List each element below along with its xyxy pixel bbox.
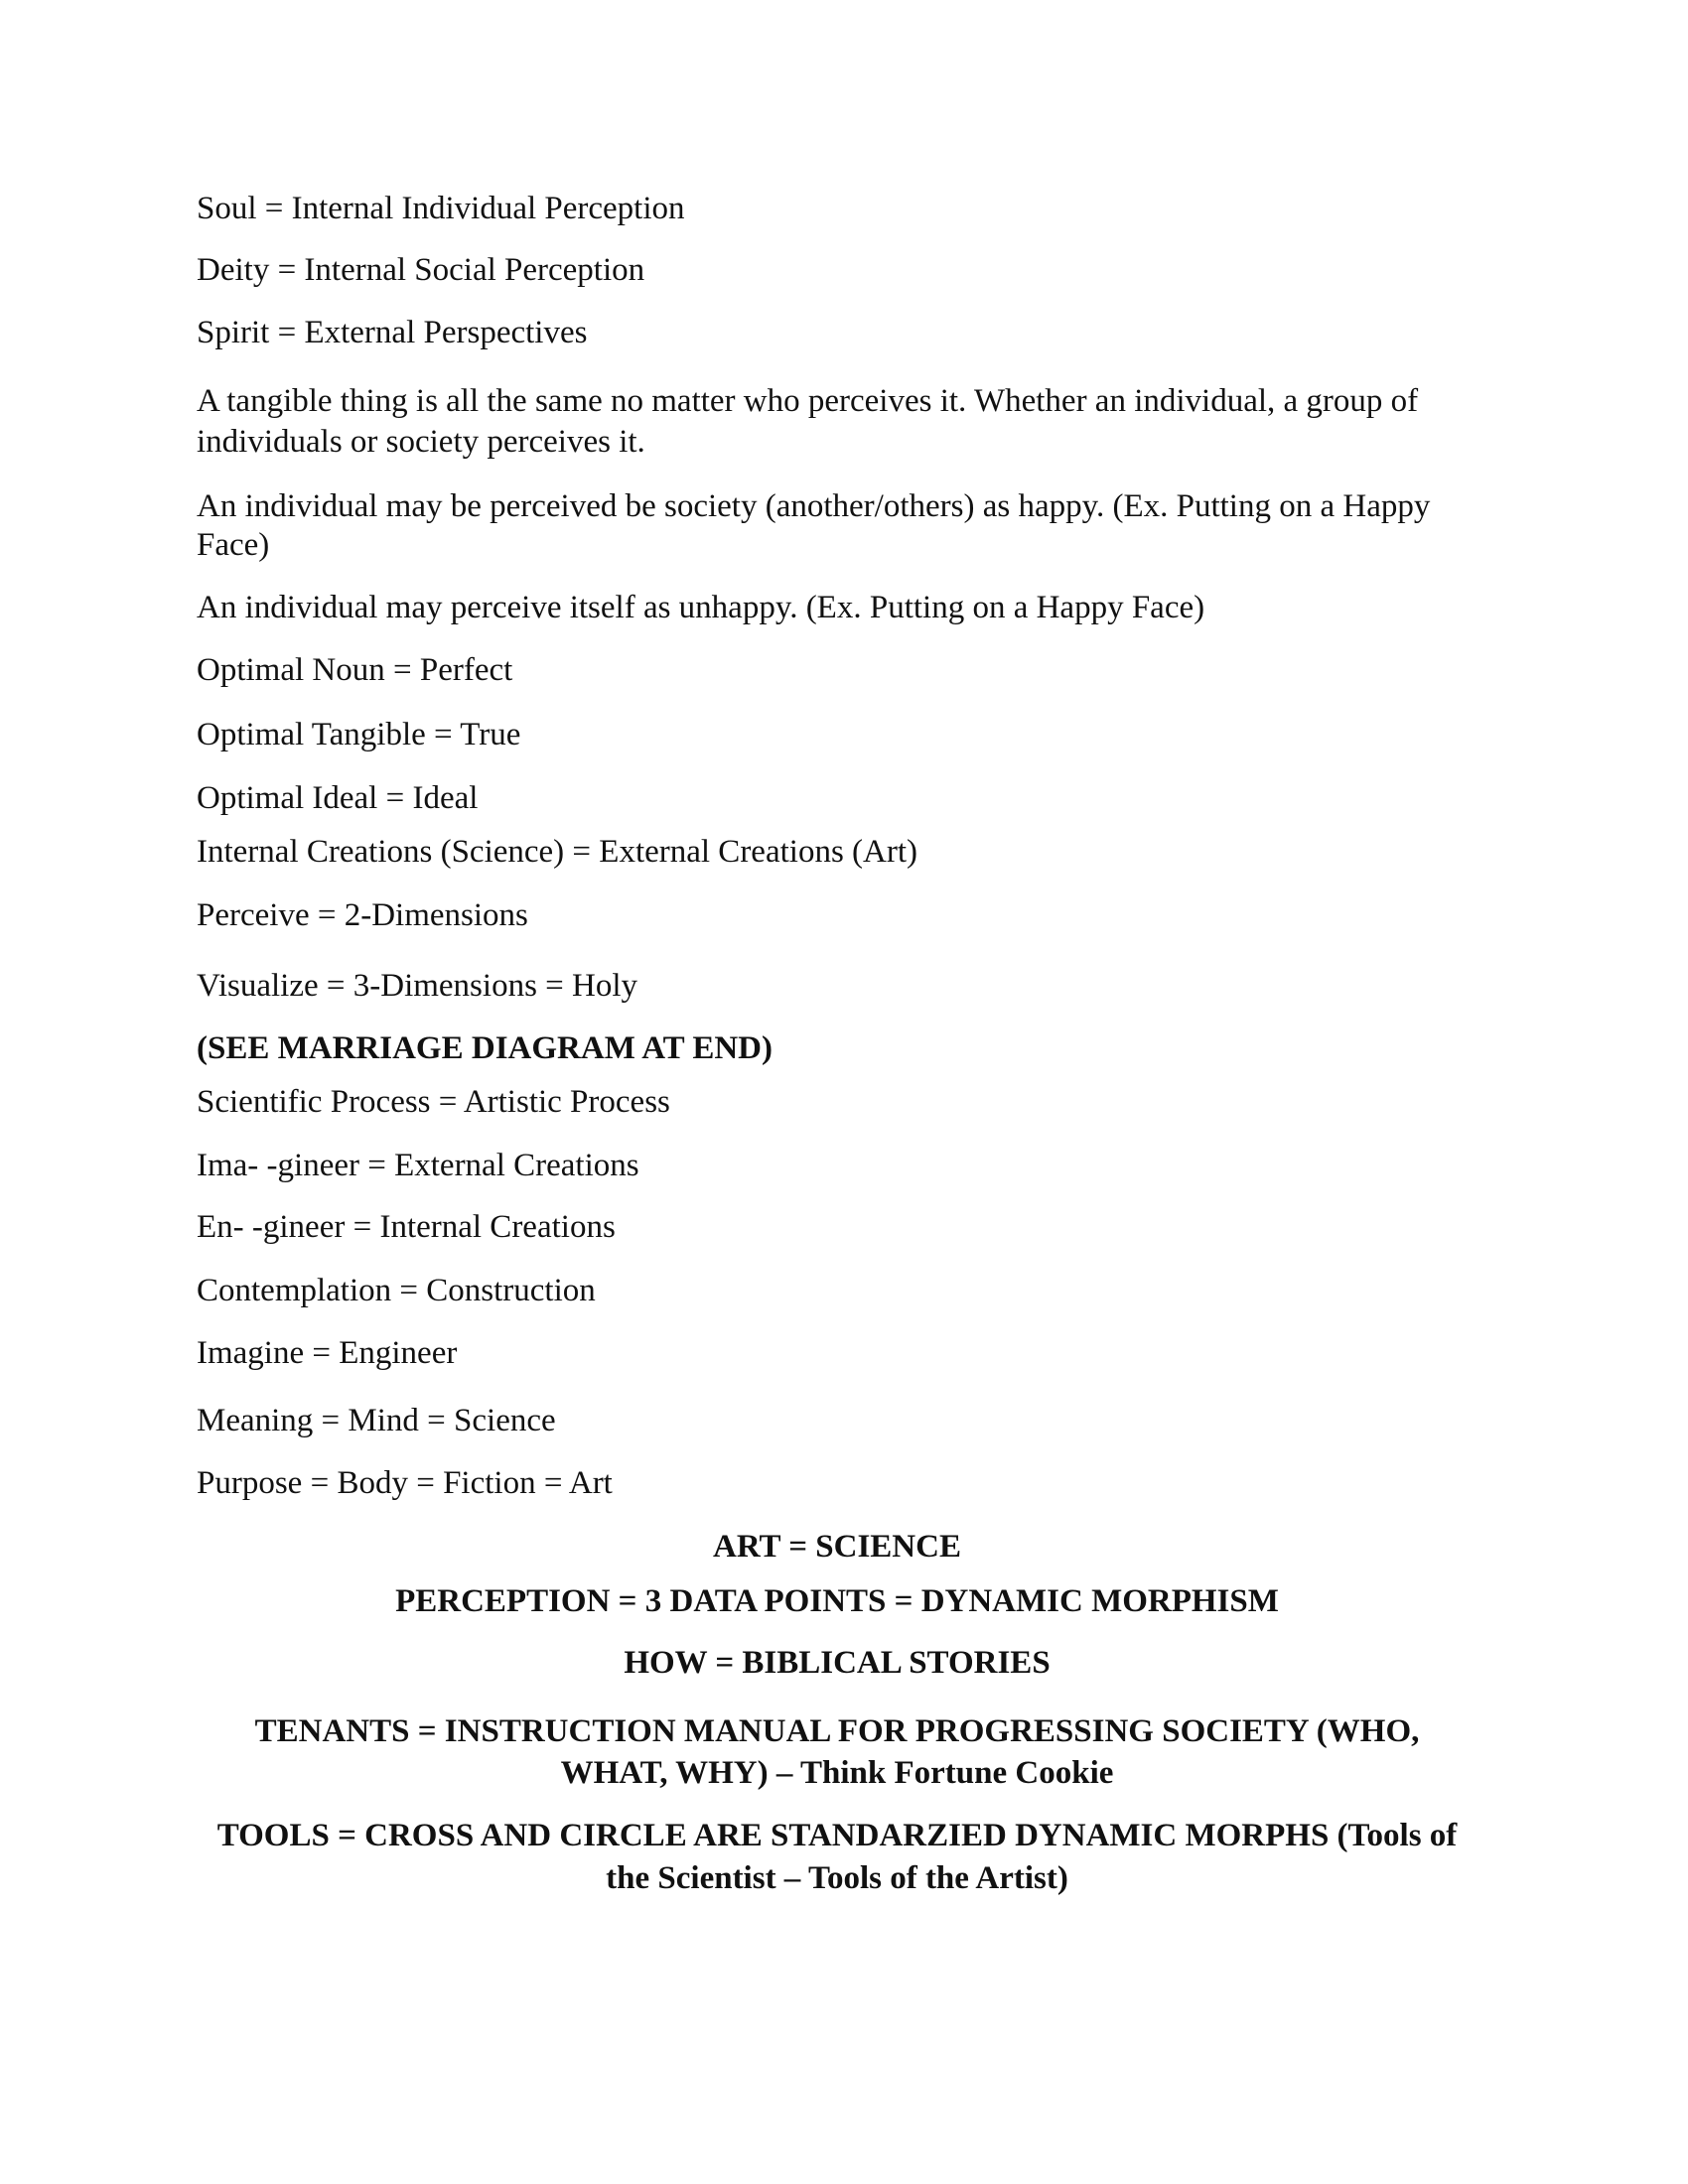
- definition-purpose: Purpose = Body = Fiction = Art: [197, 1463, 613, 1503]
- heading-tenants-line-2: WHAT, WHY) – Think Fortune Cookie: [0, 1752, 1674, 1794]
- heading-tenants-line-1: TENANTS = INSTRUCTION MANUAL FOR PROGRES…: [0, 1710, 1674, 1752]
- definition-soul: Soul = Internal Individual Perception: [197, 189, 685, 228]
- definition-optimal-noun: Optimal Noun = Perfect: [197, 650, 512, 690]
- paragraph-perceived-happy-line-2: Face): [197, 525, 269, 565]
- heading-perception: PERCEPTION = 3 DATA POINTS = DYNAMIC MOR…: [0, 1580, 1674, 1622]
- definition-internal-creations: Internal Creations (Science) = External …: [197, 832, 917, 872]
- definition-contemplation: Contemplation = Construction: [197, 1271, 596, 1310]
- definition-optimal-tangible: Optimal Tangible = True: [197, 715, 520, 754]
- document-page: Soul = Internal Individual Perception De…: [0, 0, 1688, 2184]
- heading-tools-line-2: the Scientist – Tools of the Artist): [0, 1857, 1674, 1899]
- paragraph-perceived-happy-line-1: An individual may be perceived be societ…: [197, 486, 1430, 526]
- definition-meaning: Meaning = Mind = Science: [197, 1401, 556, 1440]
- definition-perceive: Perceive = 2-Dimensions: [197, 895, 528, 935]
- definition-engineer: En- -gineer = Internal Creations: [197, 1207, 616, 1247]
- heading-how: HOW = BIBLICAL STORIES: [0, 1642, 1674, 1684]
- definition-scientific-process: Scientific Process = Artistic Process: [197, 1082, 670, 1122]
- definition-spirit: Spirit = External Perspectives: [197, 313, 587, 352]
- heading-art-science: ART = SCIENCE: [0, 1526, 1674, 1568]
- paragraph-perceive-unhappy: An individual may perceive itself as unh…: [197, 588, 1204, 627]
- paragraph-tangible-line-2: individuals or society perceives it.: [197, 422, 645, 462]
- marriage-diagram-note: (SEE MARRIAGE DIAGRAM AT END): [197, 1028, 773, 1068]
- definition-optimal-ideal: Optimal Ideal = Ideal: [197, 778, 478, 818]
- heading-tools-line-1: TOOLS = CROSS AND CIRCLE ARE STANDARZIED…: [0, 1815, 1674, 1856]
- definition-imagineer: Ima- -gineer = External Creations: [197, 1146, 639, 1185]
- definition-deity: Deity = Internal Social Perception: [197, 250, 644, 290]
- paragraph-tangible-line-1: A tangible thing is all the same no matt…: [197, 381, 1418, 421]
- definition-imagine: Imagine = Engineer: [197, 1333, 457, 1373]
- definition-visualize: Visualize = 3-Dimensions = Holy: [197, 966, 637, 1006]
